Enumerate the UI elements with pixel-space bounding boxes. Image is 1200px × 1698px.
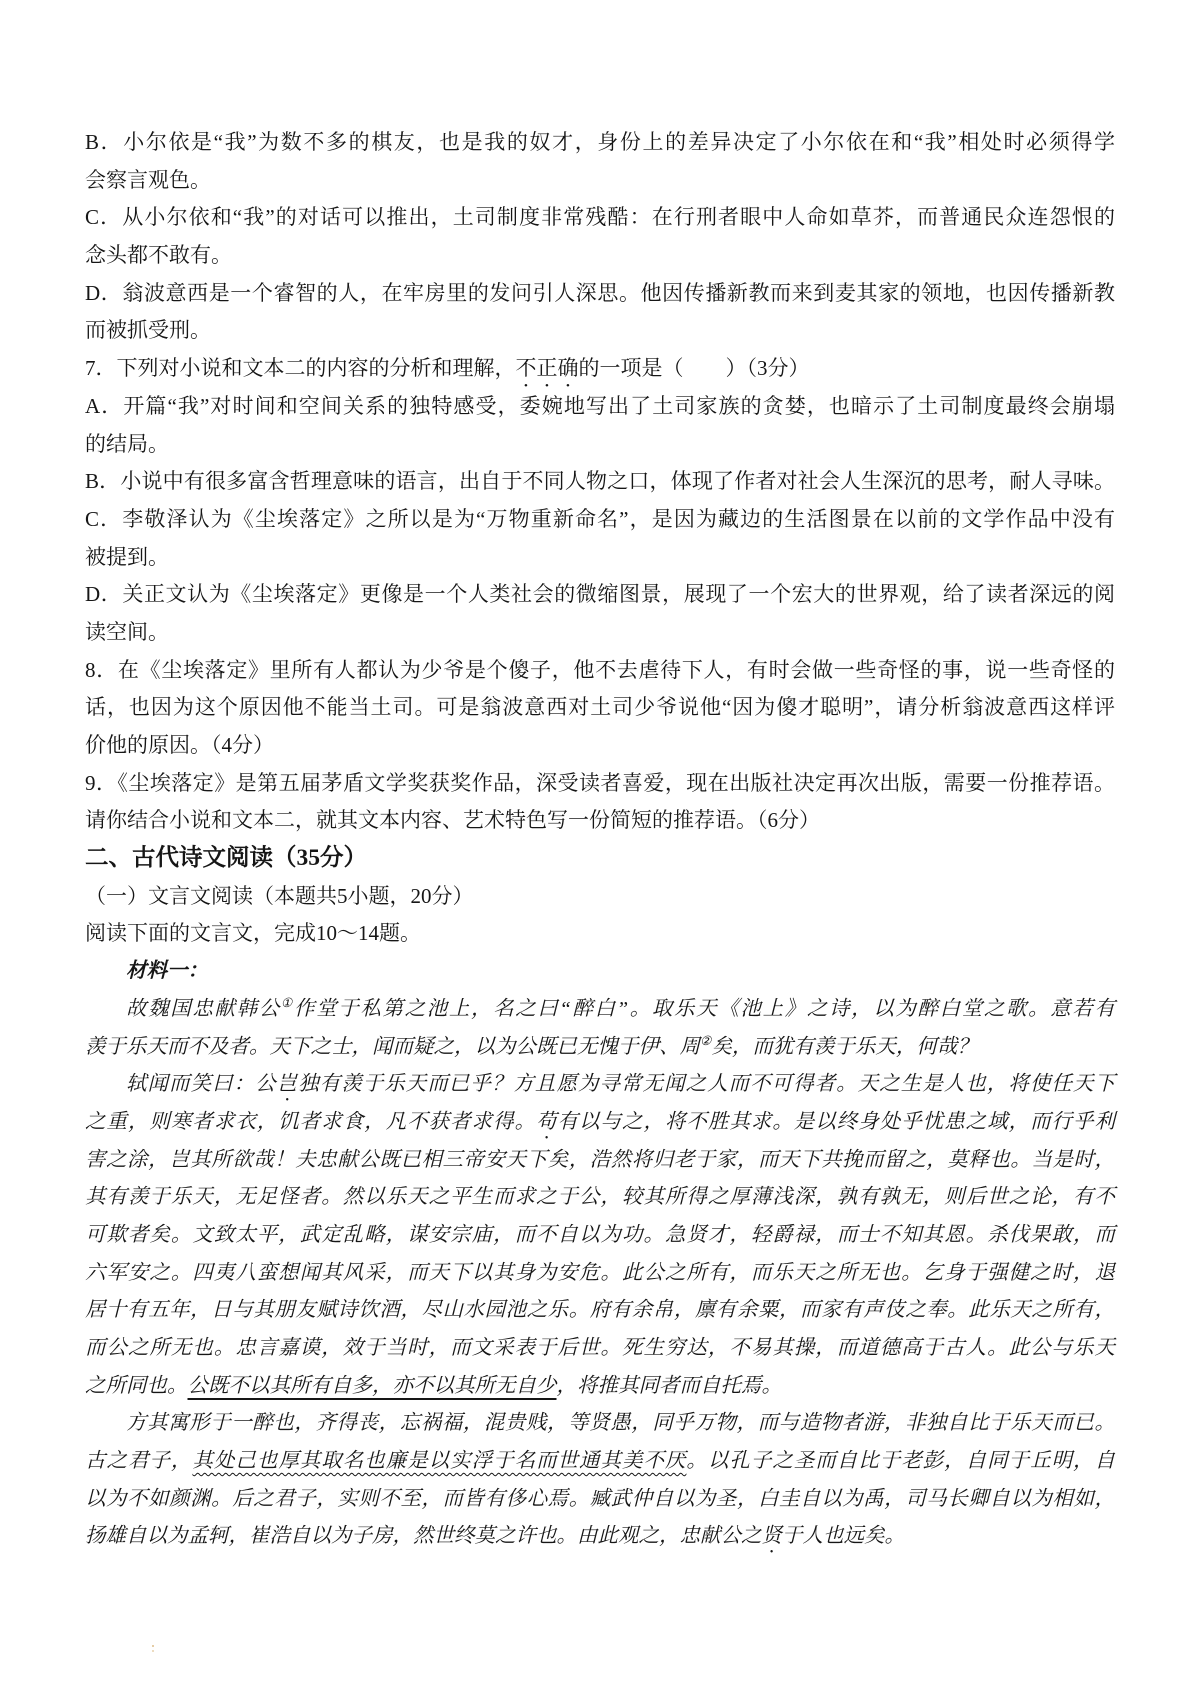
text-run: 9．《尘埃落定》是第五届茅盾文学奖获奖作品，深受读者喜爱，现在出版社决定再次出版… bbox=[85, 771, 1115, 795]
text-run: 阅读下面的文言文，完成10～14题。 bbox=[85, 921, 421, 945]
text-run: 可欺者矣。文致太平，武定乱略，谋安宗庙，而不自以为功。急贤才，轻爵禄，而士不知其… bbox=[85, 1224, 1115, 1246]
emphasis-dotted-text: 贤 bbox=[762, 1525, 783, 1547]
text-run: 读空间。 bbox=[85, 620, 169, 644]
text-run: 而公之所无也。忠言嘉谟，效于当时，而文采表于后世。死生穷达，不易其操，而道德高于… bbox=[85, 1337, 1115, 1359]
text-run: 念头都不敢有。 bbox=[85, 243, 232, 267]
q7-option-a-line1: A．开篇“我”对时间和空间关系的独特感受，委婉地写出了土司家族的贪婪，也暗示了土… bbox=[85, 388, 1115, 426]
classical-p2-line9: 之所同也。公既不以其所有自多，亦不以其所无自少，将推其同者而自托焉。 bbox=[85, 1368, 1115, 1406]
option-c-line1: C．从小尔依和“我”的对话可以推出，土司制度非常残酷：在行刑者眼中人命如草芥，而… bbox=[85, 199, 1115, 237]
emphasis-dotted-text: 不正确 bbox=[516, 356, 579, 380]
text-run: 扬雄自以为孟轲，崔浩自以为子房，然世终莫之许也。由此观之，忠献公之 bbox=[85, 1525, 762, 1547]
question-7: 7．下列对小说和文本二的内容的分析和理解，不正确的一项是（ ）（3分） bbox=[85, 350, 1115, 388]
q7-option-c-line1: C．李敬泽认为《尘埃落定》之所以是为“万物重新命名”，是因为藏边的生活图景在以前… bbox=[85, 501, 1115, 539]
text-run: 独有羡于乐天而已乎？方且愿为寻常无闻之人而不可得者。天之生是人也，将使任天下 bbox=[298, 1073, 1115, 1095]
text-run: 而被抓受刑。 bbox=[85, 318, 211, 342]
classical-p2-line7: 居十有五年，日与其朋友赋诗饮酒，尽山水园池之乐。府有余帛，廪有余粟，而家有声伎之… bbox=[85, 1292, 1115, 1330]
text-run: 作堂于私第之池上，名之曰“醉白”。取乐天《池上》之诗，以为醉白堂之歌。意若有 bbox=[294, 998, 1115, 1020]
classical-p2-line8: 而公之所无也。忠言嘉谟，效于当时，而文采表于后世。死生穷达，不易其操，而道德高于… bbox=[85, 1330, 1115, 1368]
classical-p3-line1: 方其寓形于一醉也，齐得丧，忘祸福，混贵贱，等贤愚，同乎万物，而与造物者游，非独自… bbox=[85, 1405, 1115, 1443]
text-run: 8．在《尘埃落定》里所有人都认为少爷是个傻子，他不去虐待下人，有时会做一些奇怪的… bbox=[85, 658, 1115, 682]
document-body: B．小尔依是“我”为数不多的棋友，也是我的奴才，身份上的差异决定了小尔依在和“我… bbox=[85, 124, 1115, 1556]
section-heading-ancient-reading: 二、古代诗文阅读（35分） bbox=[85, 840, 1115, 878]
text-run: 二、古代诗文阅读（35分） bbox=[85, 845, 367, 871]
q7-option-d-line1: D．关正文认为《尘埃落定》更像是一个人类社会的微缩图景，展现了一个宏大的世界观，… bbox=[85, 576, 1115, 614]
classical-p2-line4: 其有羡于乐天，无足怪者。然以乐天之平生而求之于公，较其所得之厚薄浅深，孰有孰无，… bbox=[85, 1179, 1115, 1217]
emphasis-dotted-text: 苟 bbox=[536, 1111, 557, 1133]
question-9-line1: 9．《尘埃落定》是第五届茅盾文学奖获奖作品，深受读者喜爱，现在出版社决定再次出版… bbox=[85, 765, 1115, 803]
text-run: 的一项是（ ）（3分） bbox=[579, 356, 810, 380]
text-run: 的结局。 bbox=[85, 432, 169, 456]
text-run: C．从小尔依和“我”的对话可以推出，土司制度非常残酷：在行刑者眼中人命如草芥，而… bbox=[85, 205, 1115, 229]
text-run: 话，也因为这个原因他不能当土司。可是翁波意西对土司少爷说他“因为傻才聪明”，请分… bbox=[85, 695, 1115, 719]
text-run: 会察言观色。 bbox=[85, 168, 211, 192]
text-run: 古之君子， bbox=[85, 1450, 192, 1472]
q7-option-b: B．小说中有很多富含哲理意味的语言，出自于不同人物之口，体现了作者对社会人生深沉… bbox=[85, 463, 1115, 501]
text-run: C．李敬泽认为《尘埃落定》之所以是为“万物重新命名”，是因为藏边的生活图景在以前… bbox=[85, 507, 1115, 531]
classical-p3-line3: 以为不如颜渊。后之君子，实则不至，而皆有侈心焉。臧武仲自以为圣，白圭自以为禹，司… bbox=[85, 1481, 1115, 1519]
option-b-line1: B．小尔依是“我”为数不多的棋友，也是我的奴才，身份上的差异决定了小尔依在和“我… bbox=[85, 124, 1115, 162]
option-d-line2: 而被抓受刑。 bbox=[85, 312, 1115, 350]
instruction-line: 阅读下面的文言文，完成10～14题。 bbox=[85, 915, 1115, 953]
underlined-clause: 公既不以其所有自多，亦不以其所无自少 bbox=[188, 1375, 557, 1397]
classical-p1-line1: 故魏国忠献韩公①作堂于私第之池上，名之曰“醉白”。取乐天《池上》之诗，以为醉白堂… bbox=[85, 991, 1115, 1029]
option-b-line2: 会察言观色。 bbox=[85, 162, 1115, 200]
text-run: B．小尔依是“我”为数不多的棋友，也是我的奴才，身份上的差异决定了小尔依在和“我… bbox=[85, 130, 1115, 154]
footnote-marker: ② bbox=[700, 1034, 711, 1048]
text-run: 材料一： bbox=[126, 960, 208, 982]
classical-p2-line1: 轼闻而笑曰：公岂独有羡于乐天而已乎？方且愿为寻常无闻之人而不可得者。天之生是人也… bbox=[85, 1066, 1115, 1104]
option-d-line1: D．翁波意西是一个睿智的人，在牢房里的发问引人深思。他因传播新教而来到麦其家的领… bbox=[85, 275, 1115, 313]
text-run: 价他的原因。（4分） bbox=[85, 733, 274, 757]
q7-option-d-line2: 读空间。 bbox=[85, 614, 1115, 652]
text-run: 。以孔子之圣而自比于老彭，自同于丘明，自 bbox=[686, 1450, 1115, 1472]
option-c-line2: 念头都不敢有。 bbox=[85, 237, 1115, 275]
text-run: ，将推其同者而自托焉。 bbox=[557, 1375, 783, 1397]
classical-p2-line6: 六军安之。四夷八蛮想闻其风采，而天下以其身为安危。此公之所有，而乐天之所无也。乞… bbox=[85, 1255, 1115, 1293]
classical-p3-line4: 扬雄自以为孟轲，崔浩自以为子房，然世终莫之许也。由此观之，忠献公之贤于人也远矣。 bbox=[85, 1518, 1115, 1556]
text-run: D．关正文认为《尘埃落定》更像是一个人类社会的微缩图景，展现了一个宏大的世界观，… bbox=[85, 582, 1115, 606]
text-run: B．小说中有很多富含哲理意味的语言，出自于不同人物之口，体现了作者对社会人生深沉… bbox=[85, 469, 1115, 493]
subsection-heading-classical: （一）文言文阅读（本题共5小题，20分） bbox=[85, 878, 1115, 916]
wavy-underlined-clause: 其处己也厚其取名也廉是以实浮于名而世通其美不厌 bbox=[192, 1450, 686, 1472]
text-run: 之重，则寒者求衣，饥者求食，凡不获者求得。 bbox=[85, 1111, 536, 1133]
text-run: 六军安之。四夷八蛮想闻其风采，而天下以其身为安危。此公之所有，而乐天之所无也。乞… bbox=[85, 1262, 1115, 1284]
text-run: 故魏国忠献韩公 bbox=[126, 998, 281, 1020]
text-run: D．翁波意西是一个睿智的人，在牢房里的发问引人深思。他因传播新教而来到麦其家的领… bbox=[85, 281, 1115, 305]
text-run: 其有羡于乐天，无足怪者。然以乐天之平生而求之于公，较其所得之厚薄浅深，孰有孰无，… bbox=[85, 1186, 1115, 1208]
question-8-line3: 价他的原因。（4分） bbox=[85, 727, 1115, 765]
text-run: 被提到。 bbox=[85, 545, 169, 569]
scan-artifact-dot bbox=[152, 1645, 154, 1647]
text-run: 之所同也。 bbox=[85, 1375, 188, 1397]
text-run: 于人也远矣。 bbox=[782, 1525, 905, 1547]
q7-option-a-line2: 的结局。 bbox=[85, 426, 1115, 464]
material-one-label: 材料一： bbox=[85, 953, 1115, 991]
emphasis-dotted-text: 岂 bbox=[277, 1073, 299, 1095]
classical-p2-line2: 之重，则寒者求衣，饥者求食，凡不获者求得。苟有以与之，将不胜其求。是以终身处乎忧… bbox=[85, 1104, 1115, 1142]
text-run: 居十有五年，日与其朋友赋诗饮酒，尽山水园池之乐。府有余帛，廪有余粟，而家有声伎之… bbox=[85, 1299, 1115, 1321]
text-run: 7．下列对小说和文本二的内容的分析和理解， bbox=[85, 356, 516, 380]
footnote-marker: ① bbox=[281, 996, 294, 1010]
text-run: 请你结合小说和文本二，就其文本内容、艺术特色写一份简短的推荐语。（6分） bbox=[85, 808, 820, 832]
question-8-line1: 8．在《尘埃落定》里所有人都认为少爷是个傻子，他不去虐待下人，有时会做一些奇怪的… bbox=[85, 652, 1115, 690]
text-run: 以为不如颜渊。后之君子，实则不至，而皆有侈心焉。臧武仲自以为圣，白圭自以为禹，司… bbox=[85, 1488, 1115, 1510]
text-run: （一）文言文阅读（本题共5小题，20分） bbox=[85, 884, 474, 908]
question-9-line2: 请你结合小说和文本二，就其文本内容、艺术特色写一份简短的推荐语。（6分） bbox=[85, 802, 1115, 840]
q7-option-c-line2: 被提到。 bbox=[85, 539, 1115, 577]
classical-p2-line5: 可欺者矣。文致太平，武定乱略，谋安宗庙，而不自以为功。急贤才，轻爵禄，而士不知其… bbox=[85, 1217, 1115, 1255]
text-run: 轼闻而笑曰：公 bbox=[126, 1073, 277, 1095]
text-run: 羡于乐天而不及者。天下之士，闻而疑之，以为公既已无愧于伊、周 bbox=[85, 1036, 700, 1058]
text-run: 矣，而犹有羡于乐天，何哉？ bbox=[711, 1036, 978, 1058]
question-8-line2: 话，也因为这个原因他不能当土司。可是翁波意西对土司少爷说他“因为傻才聪明”，请分… bbox=[85, 689, 1115, 727]
text-run: 方其寓形于一醉也，齐得丧，忘祸福，混贵贱，等贤愚，同乎万物，而与造物者游，非独自… bbox=[126, 1412, 1115, 1434]
text-run: A．开篇“我”对时间和空间关系的独特感受，委婉地写出了土司家族的贪婪，也暗示了土… bbox=[85, 394, 1115, 418]
classical-p2-line3: 害之涂，岂其所欲哉！夫忠献公既已相三帝安天下矣，浩然将归老于家，而天下共挽而留之… bbox=[85, 1142, 1115, 1180]
text-run: 害之涂，岂其所欲哉！夫忠献公既已相三帝安天下矣，浩然将归老于家，而天下共挽而留之… bbox=[85, 1149, 1115, 1171]
classical-p3-line2: 古之君子，其处己也厚其取名也廉是以实浮于名而世通其美不厌。以孔子之圣而自比于老彭… bbox=[85, 1443, 1115, 1481]
text-run: 有以与之，将不胜其求。是以终身处乎忧患之域，而行乎利 bbox=[558, 1111, 1115, 1133]
classical-p1-line2: 羡于乐天而不及者。天下之士，闻而疑之，以为公既已无愧于伊、周②矣，而犹有羡于乐天… bbox=[85, 1029, 1115, 1067]
